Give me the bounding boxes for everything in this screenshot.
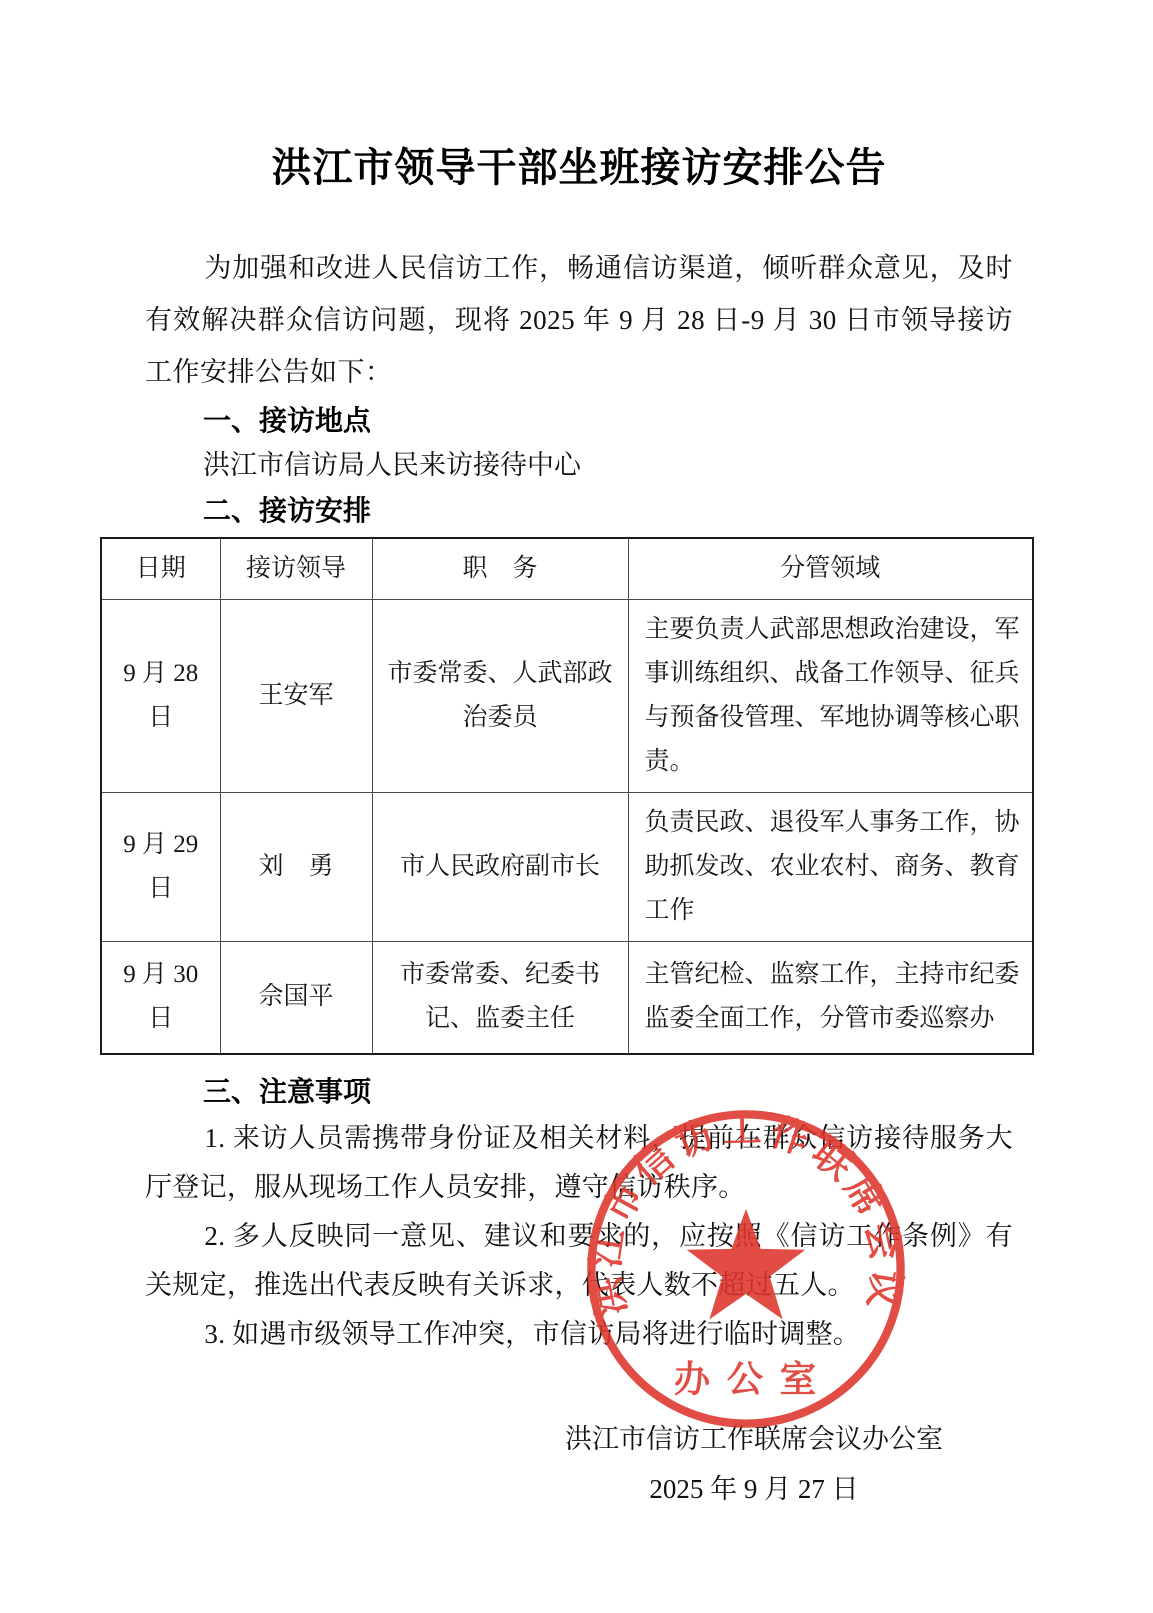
cell-position: 市委常委、纪委书记、监委主任 [372,942,628,1054]
cell-position: 市人民政府副市长 [372,793,628,942]
table-header-row: 日期 接访领导 职 务 分管领域 [101,538,1033,600]
cell-date: 9 月 30 日 [101,942,220,1054]
cell-date: 9 月 29 日 [101,793,220,942]
signature-block: 洪江市信访工作联席会议办公室 2025 年 9 月 27 日 [565,1415,943,1513]
section1-body: 洪江市信访局人民来访接待中心 [203,443,1013,488]
reception-schedule-table: 日期 接访领导 职 务 分管领域 9 月 28 日 王安军 市委常委、人武部政治… [100,537,1034,1055]
cell-leader: 佘国平 [220,942,372,1054]
table-row: 9 月 29 日 刘 勇 市人民政府副市长 负责民政、退役军人事务工作，协助抓发… [101,793,1033,942]
header-date: 日期 [101,538,220,600]
cell-domain: 主管纪检、监察工作，主持市纪委监委全面工作，分管市委巡察办 [628,942,1033,1054]
note-item-3: 3. 如遇市级领导工作冲突，市信访局将进行临时调整。 [145,1310,1013,1359]
section3-heading: 三、注意事项 [203,1069,1013,1114]
section2-heading: 二、接访安排 [203,488,1013,533]
table-row: 9 月 30 日 佘国平 市委常委、纪委书记、监委主任 主管纪检、监察工作，主持… [101,942,1033,1054]
signature-organization: 洪江市信访工作联席会议办公室 [565,1415,943,1463]
cell-leader: 刘 勇 [220,793,372,942]
header-position: 职 务 [372,538,628,600]
table-row: 9 月 28 日 王安军 市委常委、人武部政治委员 主要负责人武部思想政治建设，… [101,600,1033,793]
header-domain: 分管领域 [628,538,1033,600]
document-page: 洪江市领导干部坐班接访安排公告 为加强和改进人民信访工作，畅通信访渠道，倾听群众… [0,0,1153,1613]
intro-paragraph: 为加强和改进人民信访工作，畅通信访渠道，倾听群众意见，及时有效解决群众信访问题，… [145,242,1013,398]
cell-leader: 王安军 [220,600,372,793]
notes-section: 三、注意事项 1. 来访人员需携带身份证及相关材料，提前在群众信访接待服务大厅登… [145,1069,1013,1359]
document-title: 洪江市领导干部坐班接访安排公告 [145,146,1013,190]
section1-heading: 一、接访地点 [203,398,1013,443]
cell-position: 市委常委、人武部政治委员 [372,600,628,793]
signature-date: 2025 年 9 月 27 日 [565,1465,943,1513]
note-item-2: 2. 多人反映同一意见、建议和要求的，应按照《信访工作条例》有关规定，推选出代表… [145,1212,1013,1310]
cell-domain: 主要负责人武部思想政治建设，军事训练组织、战备工作领导、征兵与预备役管理、军地协… [628,600,1033,793]
seal-bottom-text: 办公室 [674,1359,833,1399]
cell-date: 9 月 28 日 [101,600,220,793]
header-leader: 接访领导 [220,538,372,600]
note-item-1: 1. 来访人员需携带身份证及相关材料，提前在群众信访接待服务大厅登记，服从现场工… [145,1114,1013,1212]
cell-domain: 负责民政、退役军人事务工作，协助抓发改、农业农村、商务、教育工作 [628,793,1033,942]
